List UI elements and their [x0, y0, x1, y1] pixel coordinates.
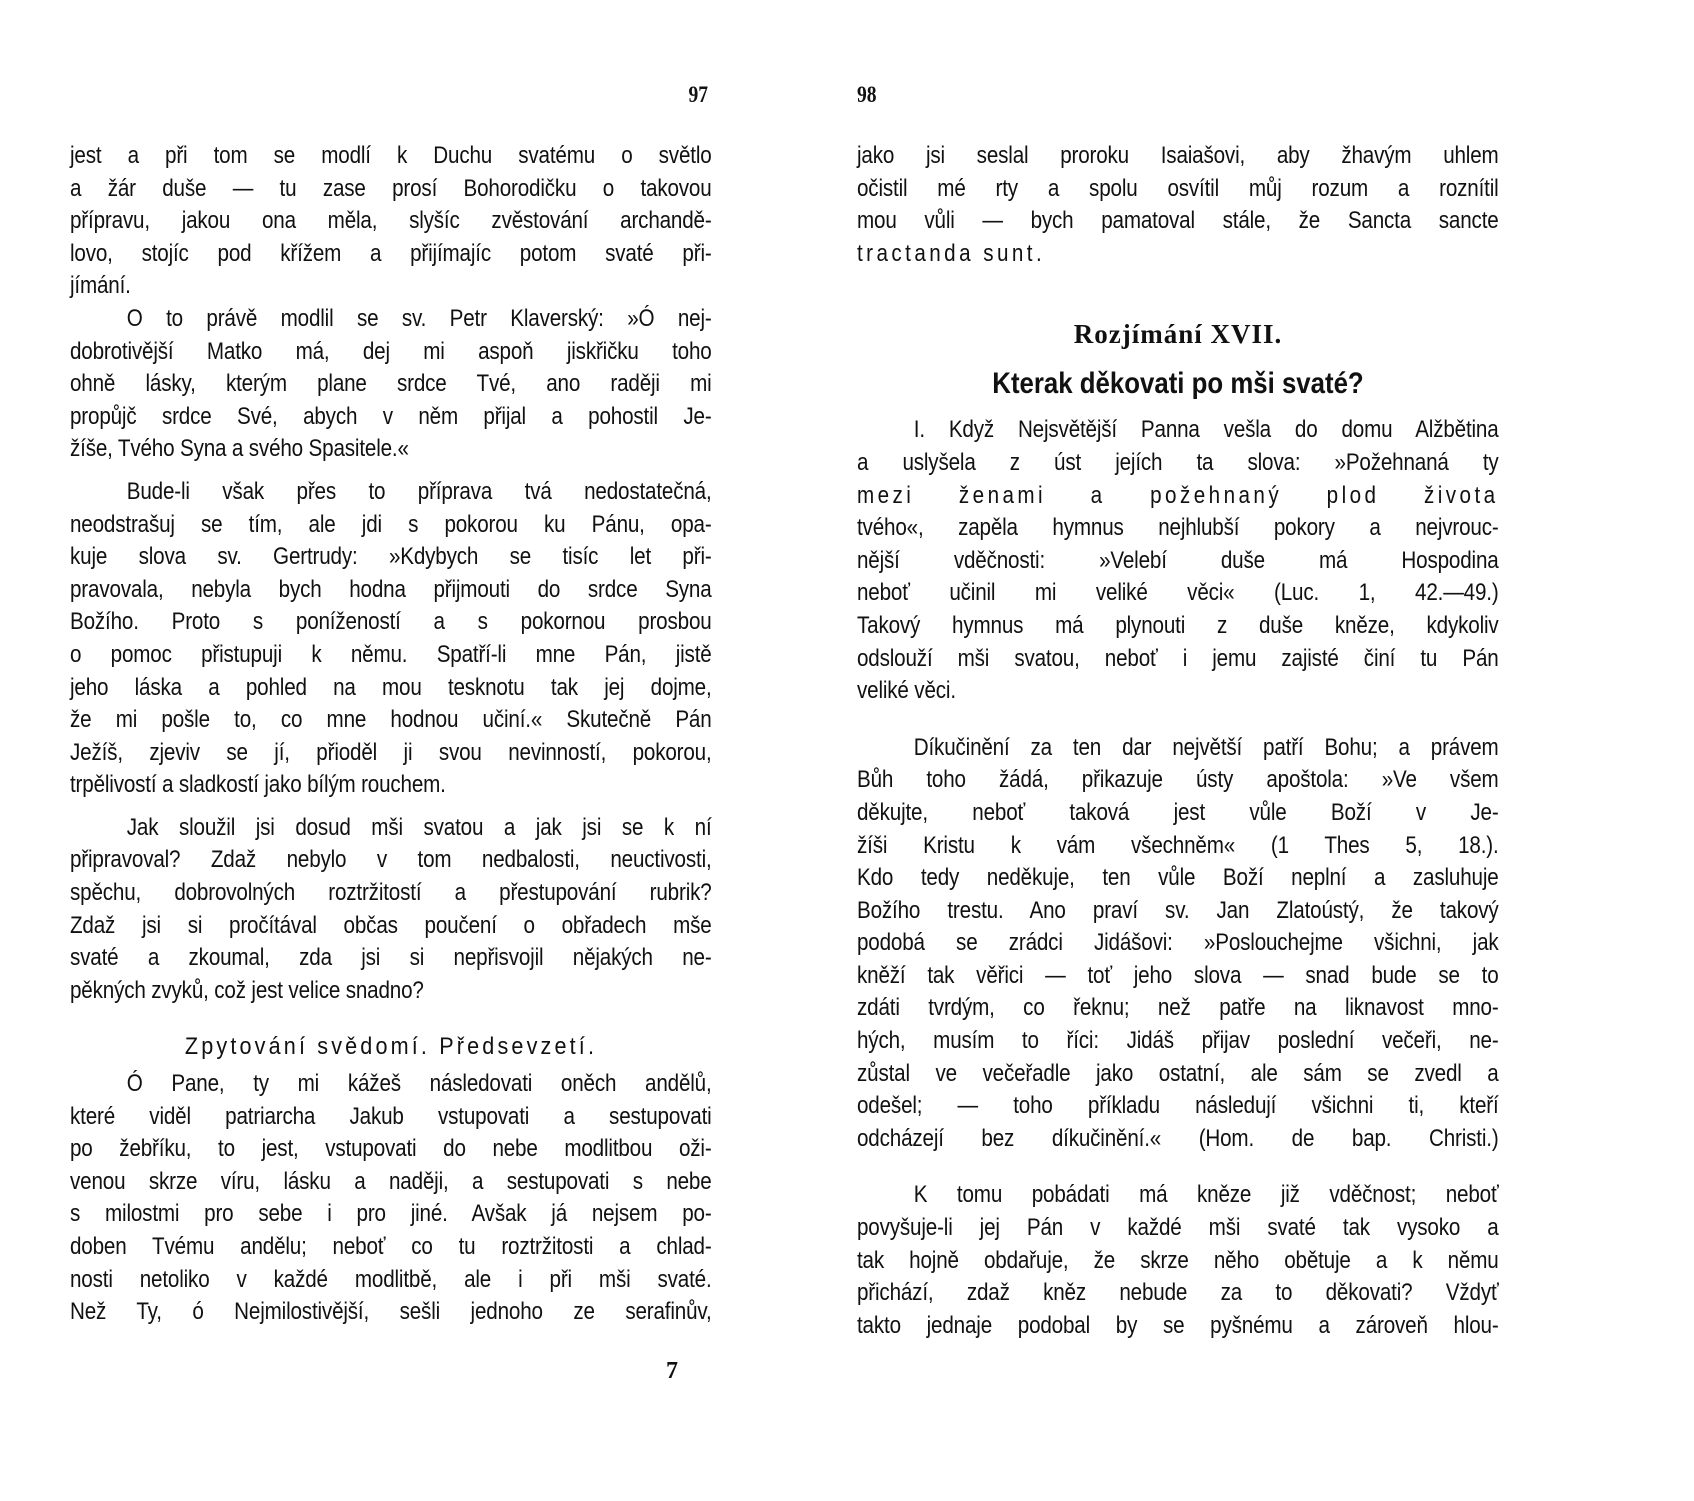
text-line: hých, musím to říci: Jidáš přijav posled… [857, 1025, 1499, 1058]
section-heading: Zpytování svědomí. Předsevzetí. [102, 1031, 680, 1064]
page-number: 98 [857, 82, 877, 108]
text-line: doben Tvému andělu; neboť co tu roztržit… [70, 1231, 712, 1264]
text-line: svaté a zkoumal, zda jsi si nepřisvojil … [70, 942, 712, 975]
text-line: přípravu, jakou ona měla, slyšíc zvěstov… [70, 205, 712, 238]
right-page-body: jako jsi seslal proroku Isaiašovi, aby ž… [857, 140, 1499, 1342]
text-line: žíše, Tvého Syna a svého Spasitele.« [70, 433, 712, 466]
text-line: takto jednaje podobal by se pyšnému a zá… [857, 1310, 1499, 1343]
text-line: Zdaž jsi si pročítával občas poučení o o… [70, 910, 712, 943]
text-line: jako jsi seslal proroku Isaiašovi, aby ž… [857, 140, 1499, 173]
text-line: že mi pošle to, co mne hodnou učiní.« Sk… [70, 704, 712, 737]
text-line: odešel; — toho příkladu následují všichn… [857, 1090, 1499, 1123]
text-line: jeho láska a pohled na mou tesknotu tak … [70, 672, 712, 705]
text-line: spěchu, dobrovolných roztržitostí a přes… [70, 877, 712, 910]
paragraph-start: Bude-li však přes to příprava tvá nedost… [70, 476, 712, 509]
text-line: jímání. [70, 270, 712, 303]
page-number: 97 [688, 82, 708, 108]
text-line: kuje slova sv. Gertrudy: »Kdybych se tis… [70, 541, 712, 574]
text-line: nější vděčnosti: »Velebí duše má Hospodi… [857, 545, 1499, 578]
paragraph-start: Ó Pane, ty mi kážeš následovati oněch an… [70, 1068, 712, 1101]
text-line: pěkných zvyků, což jest velice snadno? [70, 975, 712, 1008]
text-line: mezi ženami a požehnaný plod života [857, 480, 1499, 513]
text-line: zůstal ve večeřadle jako ostatní, ale sá… [857, 1058, 1499, 1091]
text-line: Kdo tedy neděkuje, ten vůle Boží neplní … [857, 862, 1499, 895]
text-line: venou skrze víru, lásku a naději, a sest… [70, 1166, 712, 1199]
text-line: připravoval? Zdaž nebylo v tom nedbalost… [70, 844, 712, 877]
text-line: a uslyšela z úst jejích ta slova: »Požeh… [857, 447, 1499, 480]
left-page: 97 jest a při tom se modlí k Duchu svaté… [70, 0, 712, 1501]
text-line: tak hojně obdařuje, že skrze něho obětuj… [857, 1245, 1499, 1278]
text-line: Bůh toho žádá, přikazuje ústy apoštola: … [857, 764, 1499, 797]
text-line: zdáti tvrdým, co řeknu; než patře na lik… [857, 992, 1499, 1025]
right-page: 98 jako jsi seslal proroku Isaiašovi, ab… [857, 0, 1499, 1501]
text-line: Ježíš, zjeviv se jí, přioděl ji svou nev… [70, 737, 712, 770]
text-line: mou vůli — bych pamatoval stále, že Sanc… [857, 205, 1499, 238]
text-line: Božího. Proto s ponížeností a s pokornou… [70, 606, 712, 639]
text-line: veliké věci. [857, 675, 1499, 708]
signature-mark: 7 [666, 1358, 678, 1385]
paragraph-start: Jak sloužil jsi dosud mši svatou a jak j… [70, 812, 712, 845]
text-line: ohně lásky, kterým plane srdce Tvé, ano … [70, 368, 712, 401]
chapter-title: Kterak děkovati po mši svaté? [902, 362, 1454, 406]
text-line: které viděl patriarcha Jakub vstupovati … [70, 1101, 712, 1134]
text-line: po žebříku, to jest, vstupovati do nebe … [70, 1133, 712, 1166]
text-line: odcházejí bez díkučinění.« (Hom. de bap.… [857, 1123, 1499, 1156]
text-line: tractanda sunt. [857, 238, 1499, 271]
text-line: lovo, stojíc pod křížem a přijímajíc pot… [70, 238, 712, 271]
text-line: Božího trestu. Ano praví sv. Jan Zlatoús… [857, 895, 1499, 928]
text-line: žíši Kristu k vám všechněm« (1 Thes 5, 1… [857, 830, 1499, 863]
text-line: odslouží mši svatou, neboť i jemu zajist… [857, 643, 1499, 676]
text-line: povyšuje-li jej Pán v každé mši svaté ta… [857, 1212, 1499, 1245]
text-line: propůjč srdce Své, abych v něm přijal a … [70, 401, 712, 434]
text-line: nosti netoliko v každé modlitbě, ale i p… [70, 1264, 712, 1297]
paragraph-start: Díkučinění za ten dar největší patří Boh… [857, 732, 1499, 765]
text-line: přichází, zdaž kněz nebude za to děkovat… [857, 1277, 1499, 1310]
text-line: neodstrašuj se tím, ale jdi s pokorou ku… [70, 509, 712, 542]
paragraph-start: I. Když Nejsvětější Panna vešla do domu … [857, 414, 1499, 447]
text-line: a žár duše — tu zase prosí Bohorodičku o… [70, 173, 712, 206]
text-line: jest a při tom se modlí k Duchu svatému … [70, 140, 712, 173]
paragraph-start: K tomu pobádati má kněze již vděčnost; n… [857, 1179, 1499, 1212]
text-line: Než Ty, ó Nejmilostivější, sešli jednoho… [70, 1296, 712, 1329]
text-line: o pomoc přistupuji k němu. Spatří-li mne… [70, 639, 712, 672]
text-line: děkujte, neboť taková jest vůle Boží v J… [857, 797, 1499, 830]
text-line: podobá se zrádci Jidášovi: »Poslouchejme… [857, 927, 1499, 960]
text-line: Takový hymnus má plynouti z duše kněze, … [857, 610, 1499, 643]
text-line: tvého«, zapěla hymnus nejhlubší pokory a… [857, 512, 1499, 545]
chapter-number: Rozjímání XVII. [857, 314, 1499, 354]
left-page-body: jest a při tom se modlí k Duchu svatému … [70, 140, 712, 1329]
paragraph-start: O to právě modlil se sv. Petr Klaverský:… [70, 303, 712, 336]
text-line: dobrotivější Matko má, dej mi aspoň jisk… [70, 336, 712, 369]
text-line: kněží tak věřici — toť jeho slova — snad… [857, 960, 1499, 993]
text-line: s milostmi pro sebe i pro jiné. Avšak já… [70, 1198, 712, 1231]
text-line: trpělivostí a sladkostí jako bílým rouch… [70, 769, 712, 802]
text-line: očistil mé rty a spolu osvítil můj rozum… [857, 173, 1499, 206]
text-line: neboť učinil mi veliké věci« (Luc. 1, 42… [857, 577, 1499, 610]
text-line: pravovala, nebyla bych hodna přijmouti d… [70, 574, 712, 607]
